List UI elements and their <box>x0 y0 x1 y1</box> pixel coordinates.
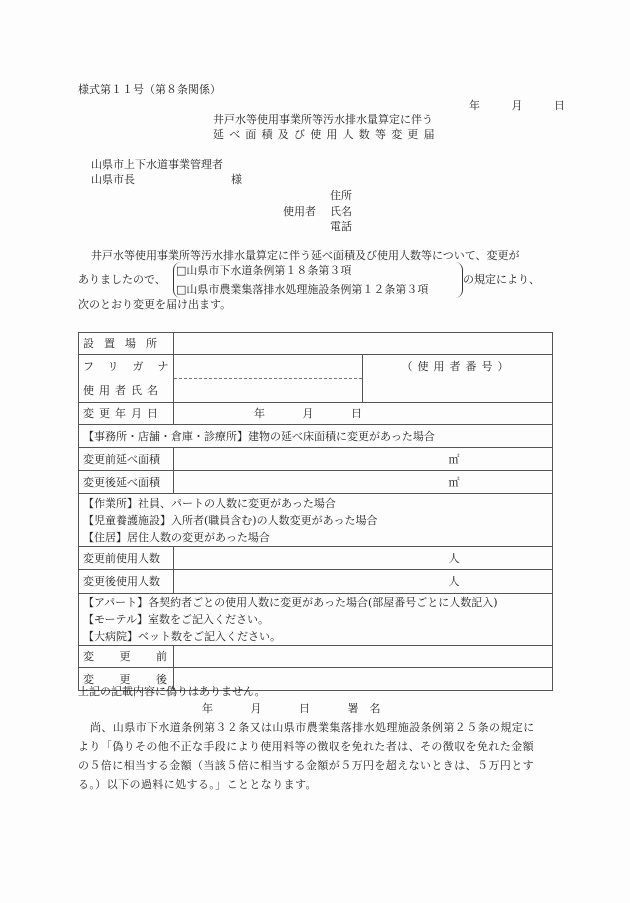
intro-line-3: 次のとおり変更を届け出ます。 <box>78 299 231 310</box>
row-location: 設置場所 <box>79 333 553 355</box>
applicant-name-label: 氏名 <box>330 206 352 217</box>
date-day: 日 <box>554 99 565 112</box>
date-month: 月 <box>512 99 523 112</box>
people-after-label: 変更後使用人数 <box>79 570 174 594</box>
people-before-field[interactable]: 人 <box>174 547 553 570</box>
people-notes: 【作業所】社員、パートの人数に変更があった場合 【児童養護施設】入所者(職員含む… <box>79 494 553 547</box>
people-note-1: 【作業所】社員、パートの人数に変更があった場合 <box>83 495 548 512</box>
before-field[interactable] <box>174 646 553 668</box>
applicant-role: 使用者 <box>283 206 316 217</box>
change-date-label: 変更年月日 <box>79 403 174 425</box>
applicant-address-label: 住所 <box>330 190 352 201</box>
furigana-field[interactable] <box>174 355 363 379</box>
user-name-field[interactable] <box>174 379 363 403</box>
before-label-3: 前 <box>156 651 167 662</box>
applicant-phone-label: 電話 <box>330 221 352 232</box>
location-label: 設置場所 <box>79 333 174 355</box>
other-note-1: 【アパート】各契約者ごとの使用人数に変更があった場合(部屋番号ごとに人数記入) <box>83 594 548 611</box>
ordinance-option-2[interactable]: □山県市農業集落排水処理施設条例第１２条第３項 <box>176 284 428 295</box>
row-change-date: 変更年月日 年 月 日 <box>79 403 553 425</box>
row-people-after: 変更後使用人数 人 <box>79 570 553 594</box>
area-after-label: 変更後延べ面積 <box>79 471 174 494</box>
addressee-line-1: 山県市上下水道事業管理者 <box>91 159 223 170</box>
penalty-line-1: 尚、山県市下水道条例第３２条又は山県市農業集落排水処理施設条例第２５条の規定に <box>78 718 558 737</box>
row-other-notes: 【アパート】各契約者ごとの使用人数に変更があった場合(部屋番号ごとに人数記入) … <box>79 594 553 646</box>
people-note-3: 【住居】居住人数の変更があった場合 <box>83 529 548 546</box>
intro-line-2-prefix: ありましたので、 <box>78 274 166 285</box>
title-line-1: 井戸水等使用事業所等汚水排水量算定に伴う <box>213 114 433 125</box>
people-after-unit: 人 <box>449 575 460 588</box>
location-field[interactable] <box>174 333 553 355</box>
change-date-field[interactable]: 年 月 日 <box>174 403 553 425</box>
signature-year: 年 <box>202 702 213 715</box>
before-label: 変 更 前 <box>79 646 174 668</box>
user-name-label-value: 使用者氏名 <box>83 384 163 397</box>
signature-label: 署 名 <box>348 702 381 715</box>
signature-day: 日 <box>299 702 310 715</box>
change-date-month: 月 <box>303 407 314 420</box>
penalty-line-4: る。）以下の過料に処する。」こととなります。 <box>78 775 558 794</box>
before-label-1: 変 <box>83 651 94 662</box>
other-notes: 【アパート】各契約者ごとの使用人数に変更があった場合(部屋番号ごとに人数記入) … <box>79 594 553 646</box>
people-before-label: 変更前使用人数 <box>79 547 174 570</box>
row-area-after: 変更後延べ面積 ㎡ <box>79 471 553 494</box>
change-date-label-value: 変更年月日 <box>83 407 163 420</box>
addressee-honorific: 様 <box>231 174 242 185</box>
location-label-text: 設置場所 <box>83 338 169 349</box>
furigana-label-value: フリガナ <box>83 360 182 373</box>
signature-month: 月 <box>251 702 262 715</box>
change-date-year: 年 <box>254 407 265 420</box>
area-note: 【事務所・店舗・倉庫・診療所】建物の延べ床面積に変更があった場合 <box>79 425 553 448</box>
title-line-2: 延べ面積及び使用人数等変更届 <box>213 129 440 140</box>
row-area-before: 変更前延べ面積 ㎡ <box>79 448 553 471</box>
row-before: 変 更 前 <box>79 646 553 668</box>
area-before-unit: ㎡ <box>449 453 460 466</box>
after-label-1: 変 <box>83 674 94 685</box>
user-number-label: （使用者番号） <box>402 360 514 373</box>
penalty-line-2: より「偽りその他不正な手段により使用料等の徴収を免れた者は、その徴収を免れた金額 <box>78 737 558 756</box>
before-label-2: 更 <box>120 651 131 662</box>
people-before-unit: 人 <box>449 552 460 565</box>
form-number: 様式第１１号（第８条関係） <box>78 84 221 95</box>
location-label-value: 設置場所 <box>83 338 167 349</box>
row-area-note: 【事務所・店舗・倉庫・診療所】建物の延べ床面積に変更があった場合 <box>79 425 553 448</box>
other-note-2: 【モーテル】室数をご記入ください。 <box>83 611 548 628</box>
user-number-field[interactable]: （使用者番号） <box>363 355 553 403</box>
change-form-table: 設置場所 フリガナ （使用者番号） 使用者氏名 変更年月日 年 月 日 【事務所… <box>78 332 553 691</box>
area-before-label: 変更前延べ面積 <box>79 448 174 471</box>
penalty-line-3: の５倍に相当する金額（当該５倍に相当する金額が５万円を超えないときは、５万円とす <box>78 756 558 775</box>
user-name-label: 使用者氏名 <box>79 379 174 403</box>
penalty-notice: 尚、山県市下水道条例第３２条又は山県市農業集落排水処理施設条例第２５条の規定に … <box>78 718 558 794</box>
other-note-3: 【大病院】ベット数をご記入ください。 <box>83 628 548 645</box>
furigana-label: フリガナ <box>79 355 174 379</box>
intro-line-1: 井戸水等使用事業所等汚水排水量算定に伴う延べ面積及び使用人数等について、変更が <box>91 250 520 261</box>
area-before-field[interactable]: ㎡ <box>174 448 553 471</box>
people-note-2: 【児童養護施設】入所者(職員含む)の人数変更があった場合 <box>83 512 548 529</box>
area-after-unit: ㎡ <box>449 476 460 489</box>
intro-line-2-suffix: の規定により、 <box>463 274 540 285</box>
after-label-3: 後 <box>156 674 167 685</box>
area-after-field[interactable]: ㎡ <box>174 471 553 494</box>
change-date-day: 日 <box>351 407 362 420</box>
signature-line: 年 月 日 署 名 <box>202 703 381 714</box>
people-after-field[interactable]: 人 <box>174 570 553 594</box>
row-people-notes: 【作業所】社員、パートの人数に変更があった場合 【児童養護施設】入所者(職員含む… <box>79 494 553 547</box>
ordinance-option-1[interactable]: □山県市下水道条例第１８条第３項 <box>176 265 351 276</box>
date-line: 年 月 日 <box>469 100 565 111</box>
addressee-line-2: 山県市長 <box>91 174 135 185</box>
declaration: 上記の記載内容に偽りはありません。 <box>78 686 266 697</box>
date-year: 年 <box>469 99 480 112</box>
row-furigana: フリガナ （使用者番号） <box>79 355 553 379</box>
row-people-before: 変更前使用人数 人 <box>79 547 553 570</box>
after-label-2: 更 <box>120 674 131 685</box>
